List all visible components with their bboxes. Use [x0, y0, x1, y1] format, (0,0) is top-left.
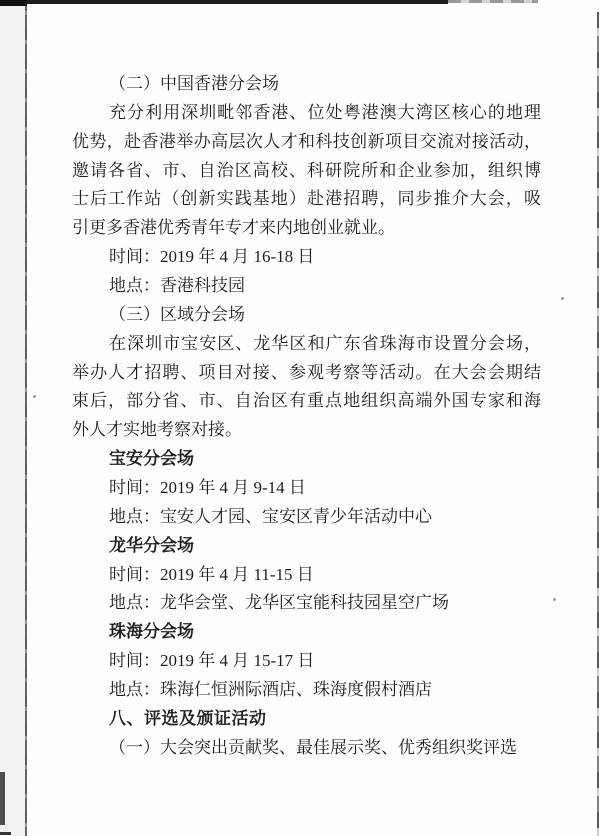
text-line: （一）大会突出贡献奖、最佳展示奖、优秀组织奖评选 [72, 734, 541, 763]
text-line: 地点：龙华会堂、龙华区宝能科技园星空广场 [72, 589, 541, 618]
scan-left-edge-line [25, 0, 27, 836]
scan-speck [553, 598, 556, 601]
text-line: 举办人才招聘、项目对接、参观考察等活动。在大会会期结 [72, 359, 541, 388]
text-line: 地点：香港科技园 [72, 272, 541, 301]
scan-top-border-fade [448, 0, 538, 3]
text-line: 邀请各省、市、自治区高校、科研院所和企业参加，组织博 [72, 157, 541, 186]
text-line: 时间：2019 年 4 月 15-17 日 [72, 647, 541, 676]
scanned-document-page: （二）中国香港分会场充分利用深圳毗邻香港、位处粤港澳大湾区核心的地理优势，赴香港… [0, 0, 600, 836]
scan-top-left-corner-mark [0, 0, 27, 6]
scan-speck [33, 395, 36, 398]
text-line: 引更多香港优秀青年专才来内地创业就业。 [72, 214, 541, 243]
scan-bottom-left-mark [0, 772, 5, 825]
text-line: 时间：2019 年 4 月 16-18 日 [72, 243, 541, 272]
scan-left-strip [0, 0, 25, 836]
text-line: （二）中国香港分会场 [72, 70, 541, 99]
text-line: 士后工作站（创新实践基地）赴港招聘，同步推介大会，吸 [72, 185, 541, 214]
text-line: 地点：珠海仁恒洲际酒店、珠海度假村酒店 [72, 676, 541, 705]
text-line: 束后，部分省、市、自治区有重点地组织高端外国专家和海 [72, 387, 541, 416]
text-line: 充分利用深圳毗邻香港、位处粤港澳大湾区核心的地理 [72, 99, 541, 128]
document-text-block: （二）中国香港分会场充分利用深圳毗邻香港、位处粤港澳大湾区核心的地理优势，赴香港… [72, 70, 541, 763]
text-line: 八、评选及颁证活动 [72, 705, 541, 734]
text-line: 在深圳市宝安区、龙华区和广东省珠海市设置分会场， [72, 330, 541, 359]
text-line: 优势，赴香港举办高层次人才和科技创新项目交流对接活动， [72, 128, 541, 157]
scan-bottom-edge-mark [0, 832, 11, 835]
text-line: 龙华分会场 [72, 532, 541, 561]
text-line: 地点：宝安人才园、宝安区青少年活动中心 [72, 503, 541, 532]
text-line: 时间：2019 年 4 月 11-15 日 [72, 561, 541, 590]
text-line: 外人才实地考察对接。 [72, 416, 541, 445]
text-line: 珠海分会场 [72, 618, 541, 647]
scan-right-edge-line [597, 12, 599, 836]
text-line: 宝安分会场 [72, 445, 541, 474]
text-line: （三）区域分会场 [72, 301, 541, 330]
scan-top-border [0, 0, 448, 4]
text-line: 时间：2019 年 4 月 9-14 日 [72, 474, 541, 503]
scan-speck [561, 297, 564, 300]
